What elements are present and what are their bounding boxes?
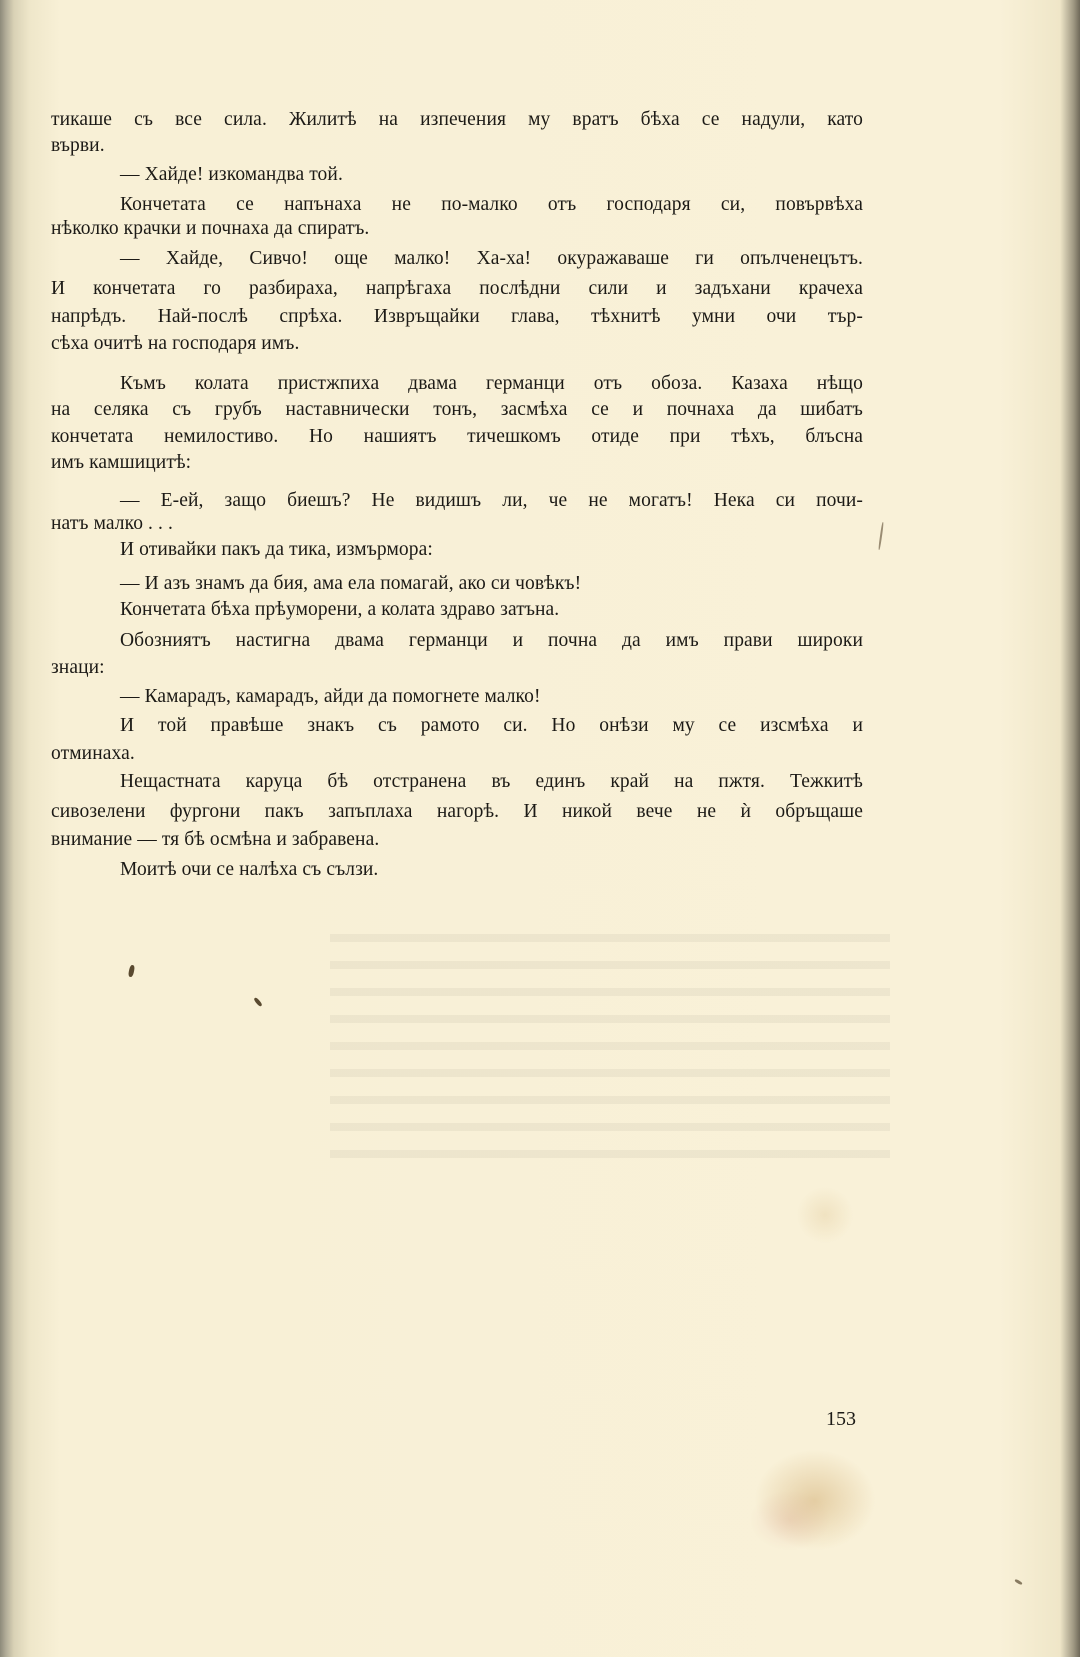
text-line: — И азъ знамъ да бия, ама ела помагай, а… bbox=[51, 572, 863, 596]
text-line: сивозелени фургони пакъ запъплаха нагорѣ… bbox=[51, 800, 863, 824]
text-line: И кончетата го разбираха, напрѣгаха посл… bbox=[51, 277, 863, 301]
text-line: напрѣдъ. Най-послѣ спрѣха. Извръщайки гл… bbox=[51, 305, 863, 329]
text-line: Кончетата се напънаха не по-малко отъ го… bbox=[51, 193, 863, 217]
text-line: — Хайде! изкомандва той. bbox=[51, 163, 863, 187]
text-line: Моитѣ очи се налѣха съ сълзи. bbox=[51, 858, 863, 882]
debris-mark bbox=[128, 965, 135, 978]
debris-mark bbox=[1014, 1579, 1022, 1586]
debris-mark bbox=[878, 522, 884, 550]
text-line: на селяка съ грубъ наставнически тонъ, з… bbox=[51, 398, 863, 422]
debris-mark bbox=[253, 997, 262, 1007]
text-line: внимание — тя бѣ осмѣна и забравена. bbox=[51, 828, 863, 852]
text-line: отминаха. bbox=[51, 742, 863, 766]
text-line: сѣха очитѣ на господаря имъ. bbox=[51, 332, 863, 356]
bleed-through-text bbox=[330, 920, 890, 1170]
text-line: Кончетата бѣха прѣуморени, а колата здра… bbox=[51, 598, 863, 622]
text-line: върви. bbox=[51, 134, 863, 158]
text-line: нѣколко крачки и почнаха да спиратъ. bbox=[51, 217, 863, 241]
text-line: И той правѣше знакъ съ рамото си. Но онѣ… bbox=[51, 714, 863, 738]
text-line: — Е-ей, защо биешъ? Не видишъ ли, че не … bbox=[51, 489, 863, 513]
text-line: — Хайде, Сивчо! още малко! Ха-ха! окураж… bbox=[51, 247, 863, 271]
text-line: кончетата немилостиво. Но нашиятъ тичешк… bbox=[51, 425, 863, 449]
text-line: Обозниятъ настигна двама германци и почн… bbox=[51, 629, 863, 653]
text-line: натъ малко . . . bbox=[51, 512, 863, 536]
text-line: Нещастната каруца бѣ отстранена въ единъ… bbox=[51, 770, 863, 794]
text-line: Къмъ колата пристжпиха двама германци от… bbox=[51, 372, 863, 396]
text-line: имъ камшицитѣ: bbox=[51, 451, 863, 475]
text-line: И отивайки пакъ да тика, измърмора: bbox=[51, 538, 863, 562]
page-number: 153 bbox=[826, 1407, 856, 1431]
book-page: тикаше съ все сила. Жилитѣ на изпечения … bbox=[0, 0, 1080, 1657]
text-line: знаци: bbox=[51, 656, 863, 680]
text-line: тикаше съ все сила. Жилитѣ на изпечения … bbox=[51, 108, 863, 132]
text-line: — Камарадъ, камарадъ, айди да помогнете … bbox=[51, 685, 863, 709]
